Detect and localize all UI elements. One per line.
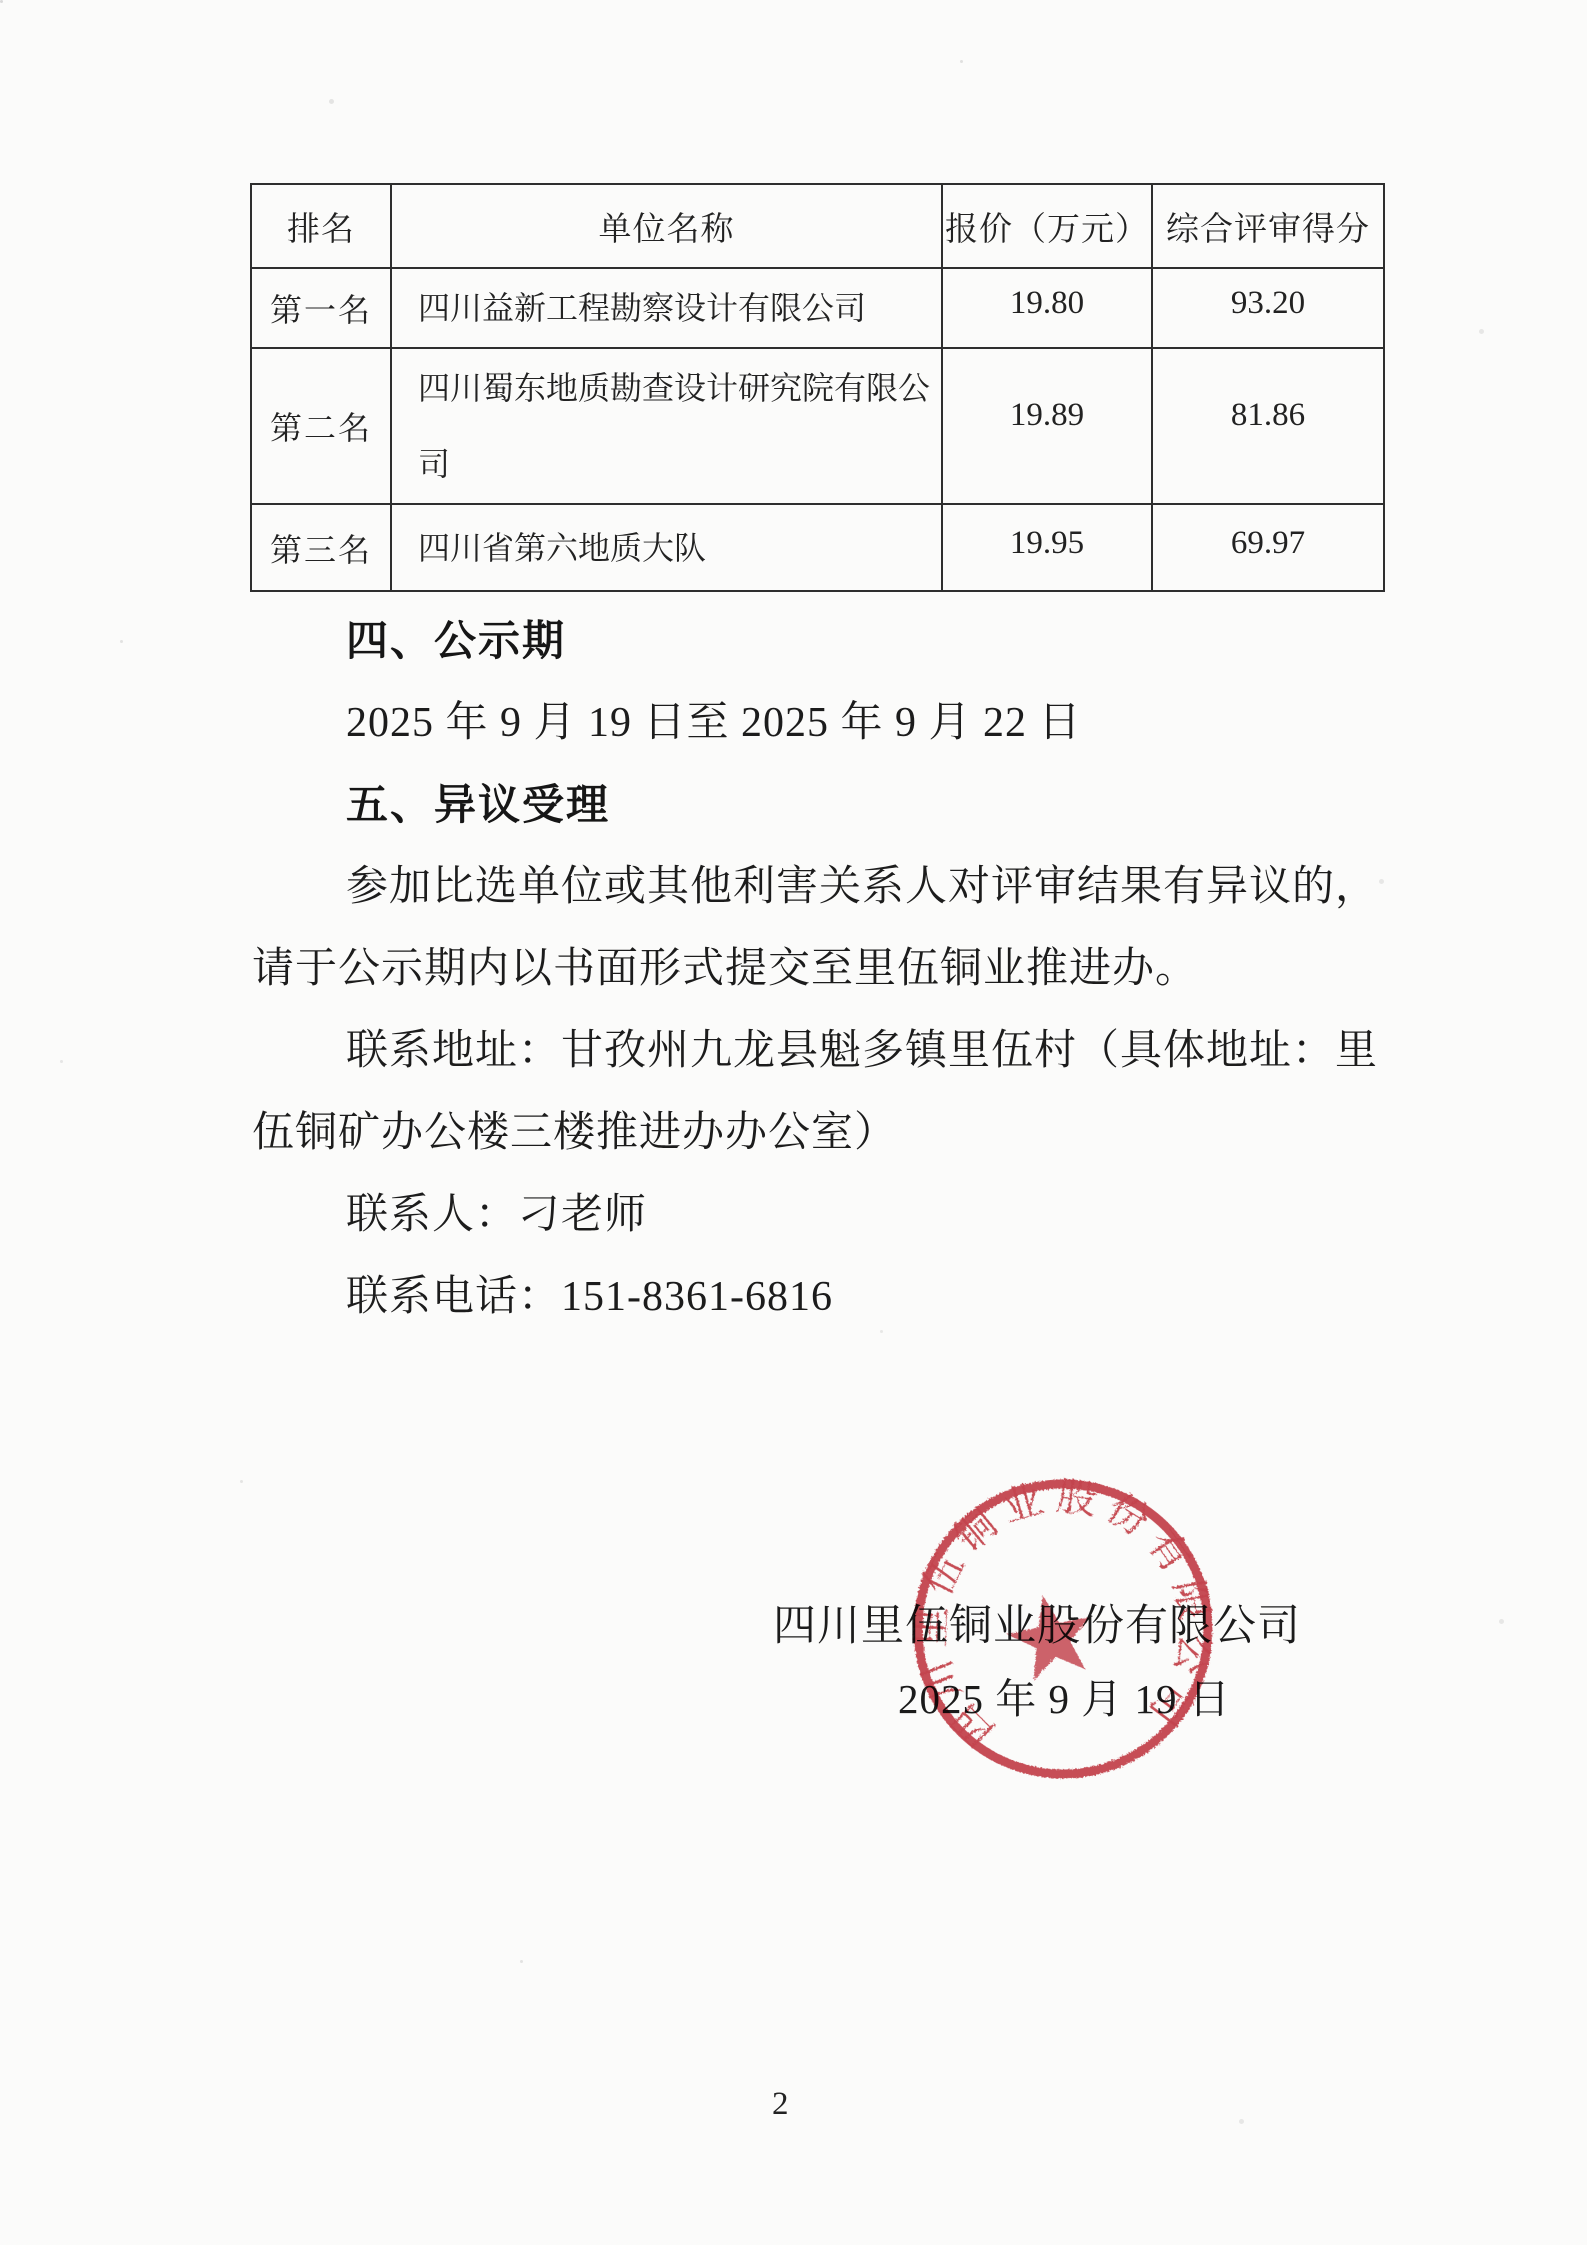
col-header-score: 综合评审得分 [1152, 184, 1384, 268]
company-cell: 四川益新工程勘察设计有限公司 [391, 268, 942, 348]
publicity-period: 2025 年 9 月 19 日至 2025 年 9 月 22 日 [252, 682, 1392, 764]
section5-heading: 五、异议受理 [252, 764, 1392, 846]
contact-address-line2: 伍铜矿办公楼三楼推进办办公室） [252, 1092, 1392, 1174]
price-cell: 19.89 [942, 348, 1152, 504]
score-cell: 93.20 [1152, 268, 1384, 348]
col-header-company: 单位名称 [391, 184, 942, 268]
objection-paragraph-line2: 请于公示期内以书面形式提交至里伍铜业推进办。 [252, 928, 1392, 1010]
document-page: 排名 单位名称 报价（万元） 综合评审得分 第一名 四川益新工程勘察设计有限公司… [0, 0, 1587, 2245]
col-header-price: 报价（万元） [942, 184, 1152, 268]
score-cell: 81.86 [1152, 348, 1384, 504]
rank-cell: 第三名 [251, 504, 391, 591]
rank-cell: 第一名 [251, 268, 391, 348]
table-row: 第二名 四川蜀东地质勘查设计研究院有限公司 19.89 81.86 [251, 348, 1384, 504]
announcement-body: 四、公示期 2025 年 9 月 19 日至 2025 年 9 月 22 日 五… [252, 600, 1392, 1338]
table-row: 第三名 四川省第六地质大队 19.95 69.97 [251, 504, 1384, 591]
seal-ring-text: 四川里伍铜业股份有限公司 [892, 1458, 1231, 1768]
section4-heading: 四、公示期 [252, 600, 1392, 682]
rank-cell: 第二名 [251, 348, 391, 504]
price-cell: 19.80 [942, 268, 1152, 348]
company-cell: 四川蜀东地质勘查设计研究院有限公司 [391, 348, 942, 504]
contact-phone: 联系电话：151-8361-6816 [252, 1256, 1392, 1338]
company-cell: 四川省第六地质大队 [391, 504, 942, 591]
company-seal: 四川里伍铜业股份有限公司 [887, 1453, 1239, 1805]
price-cell: 19.95 [942, 504, 1152, 591]
contact-address-line1: 联系地址：甘孜州九龙县魁多镇里伍村（具体地址：里 [252, 1010, 1392, 1092]
col-header-rank: 排名 [251, 184, 391, 268]
objection-paragraph-line1: 参加比选单位或其他利害关系人对评审结果有异议的， [252, 846, 1392, 928]
score-cell: 69.97 [1152, 504, 1384, 591]
seal-star-icon [1004, 1590, 1097, 1682]
table-header-row: 排名 单位名称 报价（万元） 综合评审得分 [251, 184, 1384, 268]
page-number: 2 [772, 2086, 789, 2123]
svg-text:四川里伍铜业股份有限公司: 四川里伍铜业股份有限公司 [892, 1458, 1231, 1768]
table-row: 第一名 四川益新工程勘察设计有限公司 19.80 93.20 [251, 268, 1384, 348]
contact-person: 联系人：刁老师 [252, 1174, 1392, 1256]
ranking-table: 排名 单位名称 报价（万元） 综合评审得分 第一名 四川益新工程勘察设计有限公司… [250, 183, 1385, 592]
